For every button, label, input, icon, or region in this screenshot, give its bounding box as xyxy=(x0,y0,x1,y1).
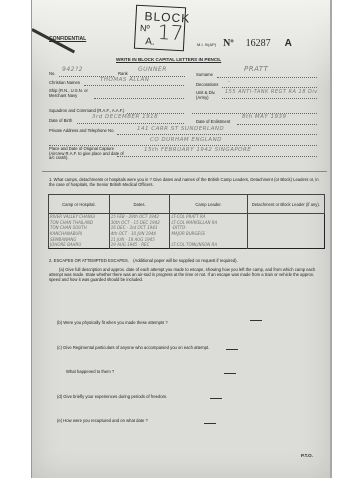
col-dates: Dates. xyxy=(109,195,170,214)
enlistment-value[interactable]: 8th MAY 1939 xyxy=(242,114,287,120)
classification-label: CONFIDENTIAL xyxy=(49,36,86,42)
cell-block-leader[interactable] xyxy=(247,242,324,248)
answer-dash-e xyxy=(204,423,216,424)
cell-camp[interactable]: JOHORE BAHRU xyxy=(49,242,110,248)
christian-names-value[interactable]: THOMAS ALLAN xyxy=(100,77,149,83)
question-2a: (a) Give full description and approx. da… xyxy=(49,267,325,282)
section2-note: (Additional paper will be supplied on re… xyxy=(133,258,238,263)
serial-number: 16287 xyxy=(246,38,271,49)
stamp-letter: A. xyxy=(145,36,155,47)
ship-label: Ship (R.N., U.S.N. or Merchant Navy xyxy=(49,89,99,98)
dob-label: Date of Birth xyxy=(49,118,72,123)
address-line1[interactable]: 141 CARR ST SUNDERLAND xyxy=(137,126,224,132)
camps-table: Camp or Hospital. Dates. Camp Leader. De… xyxy=(48,194,325,249)
unit-value[interactable]: 155 ANTI-TANK REGT RA 18 Div xyxy=(225,89,318,95)
question-2c: (c) Give Regimental particulars of anyon… xyxy=(57,345,209,350)
address-line2[interactable]: CO DURHAM ENGLAND xyxy=(150,137,222,143)
decorations-value[interactable]: - xyxy=(228,79,230,85)
decorations-label: Decorations xyxy=(196,82,218,87)
no-label: No. xyxy=(49,71,56,76)
question-2e: (e) How were you recaptured and on what … xyxy=(57,418,148,423)
section2-title: 2. ESCAPES OR ATTEMPTED ESCAPES. xyxy=(49,258,129,263)
stamp-number: 17 xyxy=(157,20,184,45)
answer-dash-c xyxy=(226,349,238,350)
serial-suffix: A xyxy=(285,38,292,49)
question-2c-followup: What happened to them ? xyxy=(66,369,114,374)
answer-dash-b xyxy=(250,320,262,321)
capture-value[interactable]: 15th FEBRUARY 1942 SINGAPORE xyxy=(144,147,251,153)
cell-leader[interactable]: LT-COL TOMLINSON RA xyxy=(170,242,247,248)
col-camp-leader: Camp Leader. xyxy=(170,195,247,214)
dob-value[interactable]: 3rd DECEMBER 1918 xyxy=(92,114,158,120)
form-reference: M.I. 9/(AP) Nº 16287 A xyxy=(197,33,292,51)
pto-label: P.T.O. xyxy=(301,453,313,458)
squadron-label: Squadron and Command (R.A.F., A.A.F.) xyxy=(49,108,124,113)
section2-heading: 2. ESCAPES OR ATTEMPTED ESCAPES. (Additi… xyxy=(49,258,238,263)
no-label: Nº xyxy=(223,38,234,49)
surname-value[interactable]: PRATT xyxy=(244,65,268,73)
unit-label: Unit & Div. (Army) xyxy=(196,91,218,100)
christian-names-label: Christian Names xyxy=(49,80,80,85)
question-2d: (d) Give briefly your experiences during… xyxy=(57,394,167,399)
answer-dash-d xyxy=(210,398,222,399)
surname-label: Surname xyxy=(196,72,213,77)
cell-dates[interactable]: 19 AUG 1945 - REC xyxy=(109,242,170,248)
block-stamp: BLOCK Nº 17 A. xyxy=(134,5,186,52)
no-value[interactable]: 942?2 xyxy=(62,66,83,73)
table-row: JOHORE BAHRU 19 AUG 1945 - REC LT-COL TO… xyxy=(49,242,325,248)
question-2b: (b) Were you physically fit when you mad… xyxy=(57,320,168,325)
rank-value[interactable]: GUNNER xyxy=(138,66,167,73)
instruction-heading: WRITE IN BLOCK CAPITAL LETTERS IN PENCIL xyxy=(116,57,221,62)
rank-label: Rank xyxy=(118,71,128,76)
col-block-leader: Detachment or Block Leader (if any). xyxy=(247,195,324,214)
section1-question: 1. What camps, detachments or hospitals … xyxy=(49,177,325,187)
stamp-no-label: Nº xyxy=(140,23,150,33)
enlistment-label: Date of Enlistment xyxy=(196,119,230,124)
capture-label: Place and Date of Original Capture (Airc… xyxy=(49,147,129,161)
form-ref: M.I. 9/(AP) xyxy=(197,42,216,47)
col-camp: Camp or Hospital. xyxy=(49,195,110,214)
document-page: CONFIDENTIAL BLOCK Nº 17 A. M.I. 9/(AP) … xyxy=(31,0,332,478)
address-label: Private Address and Telephone No. xyxy=(49,128,115,133)
answer-dash-c2 xyxy=(224,373,236,374)
